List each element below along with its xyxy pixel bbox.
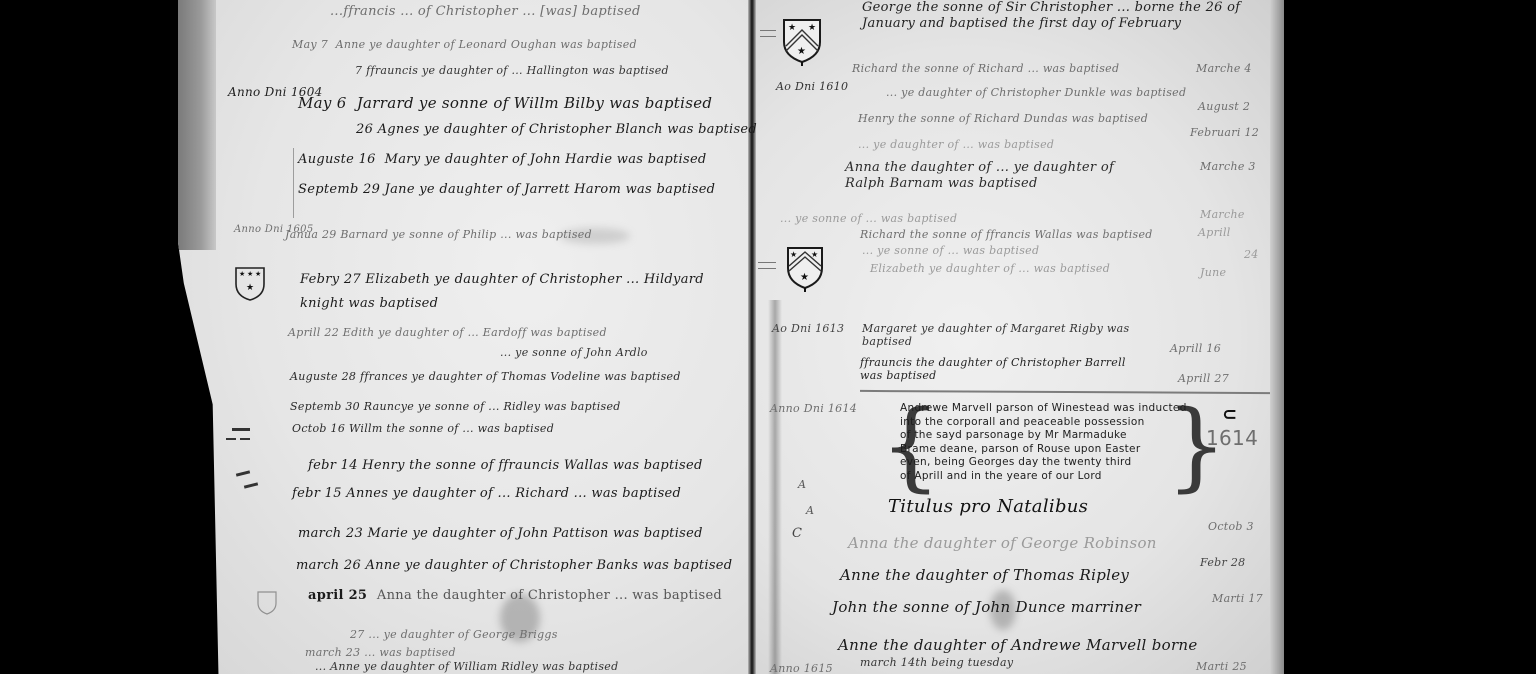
- left-ruled-line: [293, 148, 294, 218]
- register-entry: march 23 ... was baptised: [305, 646, 456, 659]
- svg-text:★: ★: [239, 270, 245, 278]
- entry-right-date: Marche: [1200, 208, 1245, 221]
- entry-right-date: Octob 3: [1208, 520, 1254, 533]
- entry-text: Richard the sonne of ffrancis Wallas was…: [860, 228, 1153, 241]
- entry-text: Edith ye daughter of ... Eardoff was bap…: [343, 326, 607, 339]
- entry-right-date: Marti 17: [1212, 592, 1263, 605]
- svg-text:★: ★: [800, 272, 809, 283]
- register-entry: march 26 Anne ye daughter of Christopher…: [296, 558, 732, 573]
- margin-mark: [232, 428, 250, 431]
- register-entry: Richard the sonne of Richard ... was bap…: [852, 62, 1119, 75]
- entry-text: Anna the daughter of ... ye daughter of …: [845, 160, 1114, 191]
- margin-year-text: Ao Dni 1613: [772, 322, 844, 335]
- entry-text: Margaret ye daughter of Margaret Rigby w…: [862, 322, 1129, 348]
- memo-line: into the corporall and peaceable possess…: [900, 416, 1187, 430]
- svg-text:★: ★: [247, 270, 253, 278]
- heraldic-shield-icon: ★★★ ★: [234, 266, 266, 302]
- register-entry: Henry the sonne of Richard Dundas was ba…: [858, 112, 1148, 125]
- memo-line: Brame deane, parson of Rouse upon Easter: [900, 443, 1187, 457]
- entry-text: Rauncye ye sonne of ... Ridley was bapti…: [364, 400, 621, 413]
- entry-right-date: Aprill 27: [1178, 372, 1229, 385]
- entry-text: ... ye sonne of ... was baptised: [862, 244, 1039, 257]
- right-date-text: Marche 3: [1200, 160, 1256, 173]
- entry-right-date: Marche 4: [1196, 62, 1252, 75]
- entry-text: Elizabeth ye daughter of ... was baptise…: [870, 262, 1110, 275]
- register-entry: ... ye daughter of ... was baptised: [858, 138, 1054, 151]
- register-entry: May 7 Anne ye daughter of Leonard Oughan…: [292, 38, 637, 51]
- entry-text: John the sonne of John Dunce marriner: [832, 598, 1141, 616]
- register-entry: 27 ... ye daughter of George Briggs: [350, 628, 558, 641]
- entry-text: Elizabeth ye daughter of Christopher ...…: [300, 272, 704, 311]
- register-entry: april 25 Anna the daughter of Christophe…: [308, 588, 722, 603]
- right-date-text: Aprill: [1198, 226, 1231, 239]
- entry-text: Anne ye daughter of Leonard Oughan was b…: [336, 38, 637, 51]
- entry-text: Anna the daughter of George Robinson: [848, 534, 1157, 552]
- natal-entry: Anne the daughter of Thomas Ripley: [840, 566, 1129, 584]
- entry-text: ... ye daughter of George Briggs: [368, 628, 557, 641]
- heraldic-shield-chevron-icon: ★★ ★: [782, 18, 822, 66]
- svg-text:★: ★: [797, 46, 806, 57]
- entry-text: Annes ye daughter of ... Richard ... was…: [346, 486, 681, 501]
- memo-mark: ⊂: [1222, 404, 1237, 425]
- right-date-text: Aprill 27: [1178, 372, 1229, 385]
- natal-entry: John the sonne of John Dunce marriner: [832, 598, 1141, 616]
- margin-mark: [760, 36, 776, 37]
- entry-date: Aprill 22: [288, 326, 339, 339]
- entry-date: Septemb 30: [290, 400, 360, 413]
- faint-shield-icon: [256, 590, 278, 616]
- right-date-text: Febr 28: [1200, 556, 1245, 569]
- entry-text: Anne the daughter of Andrewe Marvell bor…: [838, 636, 1198, 654]
- entry-date: Auguste 16: [298, 152, 376, 167]
- entry-text: ... ye sonne of John Ardlo: [500, 346, 648, 359]
- entry-text: George the sonne of Sir Christopher ... …: [862, 0, 1240, 31]
- entry-date: 26: [356, 122, 373, 137]
- entry-right-date: June: [1200, 266, 1226, 279]
- entry-right-date: Marti 25: [1196, 660, 1247, 673]
- margin-mark: [226, 438, 236, 440]
- entry-right-date: Aprill: [1198, 226, 1231, 239]
- entry-text: Anna the daughter of Christopher ... was…: [377, 588, 722, 603]
- entry-text: ... Anne ye daughter of William Ridley w…: [315, 660, 618, 673]
- entry-text: Barnard ye sonne of Philip ... was bapti…: [340, 228, 592, 241]
- entry-date: Auguste 28: [290, 370, 356, 383]
- entry-right-date: Februari 12: [1190, 126, 1259, 139]
- section-heading: Titulus pro Natalibus: [888, 496, 1088, 517]
- entry-text: ... ye daughter of Christopher Dunkle wa…: [886, 86, 1186, 99]
- entry-right-date: Aprill 16: [1170, 342, 1221, 355]
- entry-text: Anne the daughter of Thomas Ripley: [840, 566, 1129, 584]
- entry-text: ... ye sonne of ... was baptised: [780, 212, 957, 225]
- entry-text: ... was baptised: [364, 646, 456, 659]
- margin-letter: C: [792, 526, 802, 541]
- entry-text: Mary ye daughter of John Hardie was bapt…: [385, 152, 707, 167]
- margin-mark: [240, 438, 250, 440]
- svg-text:★: ★: [246, 283, 254, 293]
- register-entry: George the sonne of Sir Christopher ... …: [862, 0, 1262, 32]
- svg-text:★: ★: [255, 270, 261, 278]
- entry-date: 27: [350, 628, 365, 641]
- right-date-text: 24: [1244, 248, 1259, 261]
- memo-year-text: 1614: [1206, 426, 1258, 450]
- register-entry: Septemb 30 Rauncye ye sonne of ... Ridle…: [290, 400, 621, 413]
- entry-text: Anne ye daughter of Christopher Banks wa…: [365, 558, 732, 573]
- entry-right-date: Febr 28: [1200, 556, 1245, 569]
- margin-mark: [758, 262, 776, 263]
- register-spread: Anno Dni 1604 Anno Dni 1605 ★★★ ★ ...ffr…: [0, 0, 1536, 674]
- right-date-text: Aprill 16: [1170, 342, 1221, 355]
- register-entry: febr 15 Annes ye daughter of ... Richard…: [292, 486, 681, 501]
- entry-date: May 6: [298, 94, 347, 112]
- margin-year: Anno 1615: [770, 662, 833, 674]
- right-date-text: August 2: [1198, 100, 1250, 113]
- right-page-edge: [1270, 0, 1284, 674]
- right-date-text: Octob 3: [1208, 520, 1254, 533]
- entry-text: ffrauncis the daughter of Christopher Ba…: [860, 356, 1126, 382]
- right-date-text: Marti 17: [1212, 592, 1263, 605]
- natal-entry-sub: march 14th being tuesday: [860, 656, 1013, 669]
- entry-date: april 25: [308, 588, 367, 603]
- entry-text: Richard the sonne of Richard ... was bap…: [852, 62, 1119, 75]
- margin-mark: [760, 30, 776, 31]
- margin-year: Ao Dni 1610: [776, 80, 848, 93]
- register-entry: Elizabeth ye daughter of ... was baptise…: [870, 262, 1110, 275]
- right-date-text: Februari 12: [1190, 126, 1259, 139]
- register-entry: May 6 Jarrard ye sonne of Willm Bilby wa…: [298, 94, 712, 112]
- natal-entry: Anna the daughter of George Robinson: [848, 534, 1157, 552]
- entry-right-date: 24: [1244, 248, 1259, 261]
- entry-text: ... ye daughter of ... was baptised: [858, 138, 1054, 151]
- register-entry: febr 14 Henry the sonne of ffrauncis Wal…: [308, 458, 703, 473]
- register-entry: Octob 16 Willm the sonne of ... was bapt…: [292, 422, 554, 435]
- natal-entry: Anne the daughter of Andrewe Marvell bor…: [838, 636, 1198, 654]
- entry-text: Willm the sonne of ... was baptised: [349, 422, 554, 435]
- entry-text: Marie ye daughter of John Pattison was b…: [367, 526, 702, 541]
- margin-year: Anno Dni 1614: [770, 402, 857, 415]
- entry-date: febr 14: [308, 458, 358, 473]
- register-entry: Septemb 29 Jane ye daughter of Jarrett H…: [298, 182, 715, 197]
- entry-subtext: march 14th being tuesday: [860, 656, 1013, 669]
- entry-date: march 23: [305, 646, 360, 659]
- margin-year-text: Anno Dni 1614: [770, 402, 857, 415]
- register-entry: 7 ffrauncis ye daughter of ... Hallingto…: [355, 64, 669, 77]
- entry-right-date: Marche 3: [1200, 160, 1256, 173]
- margin-letter: A: [798, 478, 806, 491]
- left-page-edge: [178, 0, 216, 250]
- register-entry: march 23 Marie ye daughter of John Patti…: [298, 526, 703, 541]
- entry-date: May 7: [292, 38, 328, 51]
- entry-text: Agnes ye daughter of Christopher Blanch …: [378, 122, 757, 137]
- register-entry: Margaret ye daughter of Margaret Rigby w…: [862, 322, 1142, 348]
- register-entry: ... ye sonne of John Ardlo: [500, 346, 648, 359]
- entry-text: Henry the sonne of ffrauncis Wallas was …: [362, 458, 702, 473]
- entry-date: march 26: [296, 558, 361, 573]
- register-entry: ffrauncis the daughter of Christopher Ba…: [860, 356, 1140, 382]
- register-entry: Anna the daughter of ... ye daughter of …: [845, 160, 1145, 192]
- register-entry: Richard the sonne of ffrancis Wallas was…: [860, 228, 1153, 241]
- register-entry: Janua 29 Barnard ye sonne of Philip ... …: [285, 228, 592, 241]
- memo-line: of Aprill and in the yeare of our Lord: [900, 470, 1187, 484]
- register-entry: ... ye daughter of Christopher Dunkle wa…: [886, 86, 1186, 99]
- register-entry: ... ye sonne of ... was baptised: [862, 244, 1039, 257]
- heading-text: Titulus pro Natalibus: [888, 496, 1088, 517]
- svg-text:★: ★: [808, 23, 816, 33]
- gutter-shadow: [768, 300, 782, 674]
- entry-text: ffrances ye daughter of Thomas Vodeline …: [360, 370, 681, 383]
- register-entry: Auguste 28 ffrances ye daughter of Thoma…: [290, 370, 681, 383]
- entry-text: Jarrard ye sonne of Willm Bilby was bapt…: [357, 94, 713, 112]
- memo-line: even, being Georges day the twenty third: [900, 456, 1187, 470]
- memo-year: 1614: [1206, 426, 1258, 450]
- entry-date: febr 15: [292, 486, 342, 501]
- right-date-text: Marche: [1200, 208, 1245, 221]
- register-entry: ... Anne ye daughter of William Ridley w…: [315, 660, 618, 673]
- entry-date: Janua 29: [285, 228, 337, 241]
- right-date-text: June: [1200, 266, 1226, 279]
- margin-year-text: Anno 1615: [770, 662, 833, 674]
- register-entry: Febry 27 Elizabeth ye daughter of Christ…: [300, 268, 740, 316]
- svg-text:★: ★: [790, 250, 797, 259]
- entry-text: 7 ffrauncis ye daughter of ... Hallingto…: [355, 64, 669, 77]
- svg-text:★: ★: [811, 250, 818, 259]
- entry-date: march 23: [298, 526, 363, 541]
- entry-right-date: August 2: [1198, 100, 1250, 113]
- right-date-text: Marche 4: [1196, 62, 1252, 75]
- memo-line: Andrewe Marvell parson of Winestead was …: [900, 402, 1187, 416]
- register-entry: Aprill 22 Edith ye daughter of ... Eardo…: [288, 326, 607, 339]
- register-entry: ... ye sonne of ... was baptised: [780, 212, 957, 225]
- svg-text:★: ★: [788, 23, 796, 33]
- memo-line: of the sayd parsonage by Mr Marmaduke: [900, 429, 1187, 443]
- entry-date: Octob 16: [292, 422, 345, 435]
- margin-letter: A: [806, 504, 814, 517]
- register-entry: ...ffrancis ... of Christopher ... [was]…: [330, 4, 641, 19]
- right-date-text: Marti 25: [1196, 660, 1247, 673]
- entry-text: ...ffrancis ... of Christopher ... [was]…: [330, 4, 641, 19]
- memorandum-text: Andrewe Marvell parson of Winestead was …: [900, 402, 1187, 483]
- binding-gutter: [748, 0, 756, 674]
- margin-mark: [758, 268, 776, 269]
- register-entry: 26 Agnes ye daughter of Christopher Blan…: [356, 122, 757, 137]
- entry-date: Septemb 29: [298, 182, 380, 197]
- entry-date: Febry 27: [300, 272, 361, 287]
- entry-text: Henry the sonne of Richard Dundas was ba…: [858, 112, 1148, 125]
- entry-text: Jane ye daughter of Jarrett Harom was ba…: [385, 182, 716, 197]
- heraldic-shield-chevron-icon: ★★ ★: [786, 246, 824, 292]
- margin-year-text: Ao Dni 1610: [776, 80, 848, 93]
- margin-year: Ao Dni 1613: [772, 322, 844, 335]
- register-entry: Auguste 16 Mary ye daughter of John Hard…: [298, 152, 707, 167]
